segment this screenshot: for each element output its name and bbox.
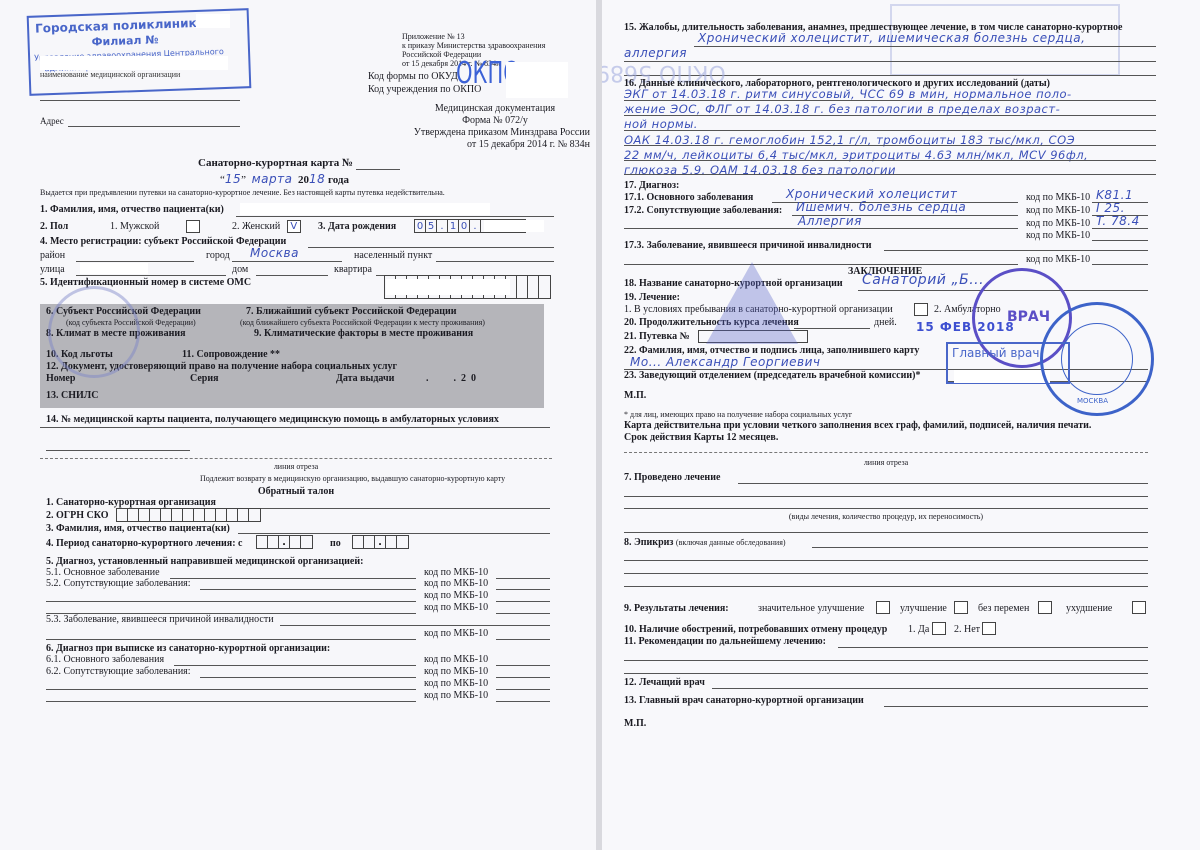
validity-line-2: Срок действия Карты 12 месяцев. — [624, 432, 778, 443]
field18-value: Санаторий „Б... — [862, 272, 984, 288]
district-label: район — [40, 250, 65, 261]
inpatient-checkbox[interactable] — [914, 303, 928, 316]
field3-label: 3. Дата рождения — [318, 221, 396, 232]
result-nochange-checkbox[interactable] — [1038, 601, 1052, 614]
field17-2-label: 17.2. Сопутствующие заболевания: — [624, 205, 782, 216]
field11-label: 11. Сопровождение ** — [182, 349, 280, 360]
approved-note: Утверждена приказом Минздрава России от … — [372, 127, 590, 151]
return-field6-2: 6.2. Сопутствующие заболевания: — [46, 666, 191, 677]
ogrn-cells[interactable] — [116, 508, 261, 522]
stamp-line2: Филиал № — [91, 33, 158, 48]
return-field3-label: 3. Фамилия, имя, отчество пациента(ки) — [46, 523, 230, 534]
return-field5-label: 5. Диагноз, установленный направившей ме… — [46, 556, 363, 567]
talon-field8-label: 8. Эпикриз (включая данные обследования) — [624, 537, 786, 548]
field7-label: 7. Ближайший субъект Российской Федераци… — [246, 306, 457, 317]
field17-2-value-1: Ишемич. болезнь сердца — [796, 200, 966, 214]
result-worse-checkbox[interactable] — [1132, 601, 1146, 614]
number-label: Номер — [46, 373, 75, 384]
mkb-label: код по МКБ-10 — [424, 590, 488, 601]
return-field5-3: 5.3. Заболевание, явившееся причиной инв… — [46, 614, 274, 625]
result-significant-checkbox[interactable] — [876, 601, 890, 614]
validity-line-1: Карта действительна при условии четкого … — [624, 420, 1091, 431]
field17-1-label: 17.1. Основного заболевания — [624, 192, 753, 203]
field23-label: 23. Заведующий отделением (председатель … — [624, 370, 920, 381]
mkb-label: код по МКБ-10 — [1026, 218, 1090, 229]
field19-label: 19. Лечение: — [624, 292, 680, 303]
field13-label: 13. СНИЛС — [46, 390, 98, 401]
field2-label: 2. Пол — [40, 221, 68, 232]
ministry-round-stamp: МОСКВА — [1040, 302, 1154, 416]
redacted-block — [506, 62, 568, 98]
return-field5-1: 5.1. Основное заболевание — [46, 567, 160, 578]
date-stamp: 15 ФЕВ 2018 — [916, 320, 1015, 334]
triangle-stamp — [706, 262, 798, 344]
series-label: Серия — [190, 373, 219, 384]
return-title: Обратный талон — [40, 486, 552, 497]
field15-value-2: аллергия — [624, 46, 687, 60]
issued-note: Выдается при предъявлении путевки на сан… — [40, 188, 445, 197]
exacerbation-yes-checkbox[interactable] — [932, 622, 946, 635]
return-field2-label: 2. ОГРН СКО — [46, 510, 109, 521]
card-date: “15” марта 2018 года — [220, 172, 349, 186]
redacted-block — [484, 220, 544, 232]
cut-line — [624, 452, 1148, 453]
address-label: Адрес — [40, 116, 64, 126]
redacted-oms — [386, 279, 510, 295]
exacerbation-yes-label: 1. Да — [908, 624, 929, 635]
city-value: Москва — [250, 246, 299, 260]
mkb-label: код по МКБ-10 — [424, 578, 488, 589]
talon-field7-sub: (виды лечения, количество процедур, их п… — [624, 512, 1148, 521]
field15-value-1: Хронический холецистит, ишемическая боле… — [698, 31, 1085, 45]
talon-field9-label: 9. Результаты лечения: — [624, 603, 729, 614]
field7-sub: (код ближайшего субъекта Российской Феде… — [240, 318, 485, 327]
period-to-cells[interactable]: . — [352, 535, 409, 549]
result-improvement-checkbox[interactable] — [954, 601, 968, 614]
org-name-label: наименование медицинской организации — [40, 70, 180, 79]
field17-1-code: K81.1 — [1096, 188, 1133, 202]
result-worse-label: ухудшение — [1066, 603, 1112, 614]
return-note: Подлежит возврату в медицинскую организа… — [200, 474, 505, 483]
return-field6-label: 6. Диагноз при выписке из санаторно-куро… — [46, 643, 330, 654]
male-checkbox[interactable] — [186, 220, 200, 233]
issue-date-value: . . 2 0 — [426, 373, 476, 384]
cut-line-label: линия отреза — [624, 458, 1148, 467]
right-page: 15. Жалобы, длительность заболевания, ан… — [602, 0, 1200, 850]
mp-label-2: М.П. — [624, 718, 646, 729]
mkb-label: код по МКБ-10 — [424, 567, 488, 578]
result-improvement-label: улучшение — [900, 603, 947, 614]
cut-line-label: линия отреза — [40, 462, 552, 471]
stamp-line1: Городская поликлиника — [35, 16, 205, 36]
footnote: * для лиц, имеющих право на получение на… — [624, 410, 852, 419]
field22-value: Мо... Александр Георгиевич — [630, 355, 820, 369]
redacted-name — [240, 203, 490, 215]
redacted-block — [40, 56, 228, 70]
talon-field12-label: 12. Лечащий врач — [624, 677, 705, 688]
return-field5-2: 5.2. Сопутствующие заболевания: — [46, 578, 191, 589]
field21-label: 21. Путевка № — [624, 331, 690, 342]
mkb-label: код по МКБ-10 — [424, 654, 488, 665]
period-to-label: по — [330, 538, 341, 549]
house-label: дом — [232, 264, 248, 275]
mkb-label: код по МКБ-10 — [424, 602, 488, 613]
mkb-label: код по МКБ-10 — [424, 690, 488, 701]
date-month: марта — [252, 172, 293, 186]
left-page: Городская поликлиника Филиал № Управлени… — [0, 0, 596, 850]
mkb-label: код по МКБ-10 — [1026, 230, 1090, 241]
mkb-label: код по МКБ-10 — [424, 678, 488, 689]
apt-label: квартира — [334, 264, 372, 275]
field14-label: 14. № медицинской карты пациента, получа… — [46, 414, 499, 425]
mp-label: М.П. — [624, 390, 646, 401]
redacted-block — [80, 263, 148, 274]
field9-label: 9. Климатические факторы в месте прожива… — [254, 328, 473, 339]
male-label: 1. Мужской — [110, 221, 159, 232]
settlement-label: населенный пункт — [354, 250, 432, 261]
exacerbation-no-checkbox[interactable] — [982, 622, 996, 635]
field17-1-value: Хронический холецистит — [786, 187, 957, 201]
card-title: Санаторно-курортная карта № — [198, 157, 353, 169]
city-label: город — [206, 250, 230, 261]
return-field1-label: 1. Санаторно-курортная организация — [46, 497, 216, 508]
mkb-label: код по МКБ-10 — [1026, 254, 1090, 265]
cut-line — [40, 458, 552, 459]
street-label: улица — [40, 264, 65, 275]
round-stamp-faded — [48, 286, 140, 378]
female-checkbox[interactable]: V — [287, 220, 301, 233]
field17-2-code-2: T. 78.4 — [1096, 214, 1140, 228]
field20-unit: дней. — [874, 317, 897, 328]
mkb-label: код по МКБ-10 — [424, 628, 488, 639]
field5-label: 5. Идентификационный номер в системе ОМС — [40, 277, 251, 288]
field17-2-value-2: Аллергия — [798, 214, 862, 228]
date-day: 15 — [225, 172, 241, 186]
exacerbation-no-label: 2. Нет — [954, 624, 980, 635]
return-field6-1: 6.1. Основного заболевания — [46, 654, 164, 665]
female-label: 2. Женский — [232, 221, 280, 232]
return-field4-label: 4. Период санаторно-курортного лечения: … — [46, 538, 242, 549]
talon-field7-label: 7. Проведено лечение — [624, 472, 720, 483]
talon-field11-label: 11. Рекомендации по дальнейшему лечению: — [624, 636, 826, 647]
redacted-block — [196, 14, 230, 28]
field17-label: 17. Диагноз: — [624, 180, 679, 191]
field17-2-code-1: I 25. — [1096, 201, 1125, 215]
form-header: Медицинская документация Форма № 072/у — [400, 103, 590, 127]
issue-date-label: Дата выдачи — [336, 373, 394, 384]
redacted-block — [954, 370, 1050, 383]
okud-label: Код формы по ОКУД — [368, 71, 458, 82]
mkb-label: код по МКБ-10 — [424, 666, 488, 677]
field17-3-label: 17.3. Заболевание, явившееся причиной ин… — [624, 240, 872, 251]
result-significant-label: значительное улучшение — [758, 603, 864, 614]
mkb-label: код по МКБ-10 — [1026, 192, 1090, 203]
result-nochange-label: без перемен — [978, 603, 1029, 614]
period-from-cells[interactable]: . — [256, 535, 313, 549]
talon-field10-label: 10. Наличие обострений, потребовавших от… — [624, 624, 887, 635]
mkb-label: код по МКБ-10 — [1026, 205, 1090, 216]
field1-label: 1. Фамилия, имя, отчество пациента(ки) — [40, 204, 224, 215]
talon-field13-label: 13. Главный врач санаторно-курортной орг… — [624, 695, 864, 706]
